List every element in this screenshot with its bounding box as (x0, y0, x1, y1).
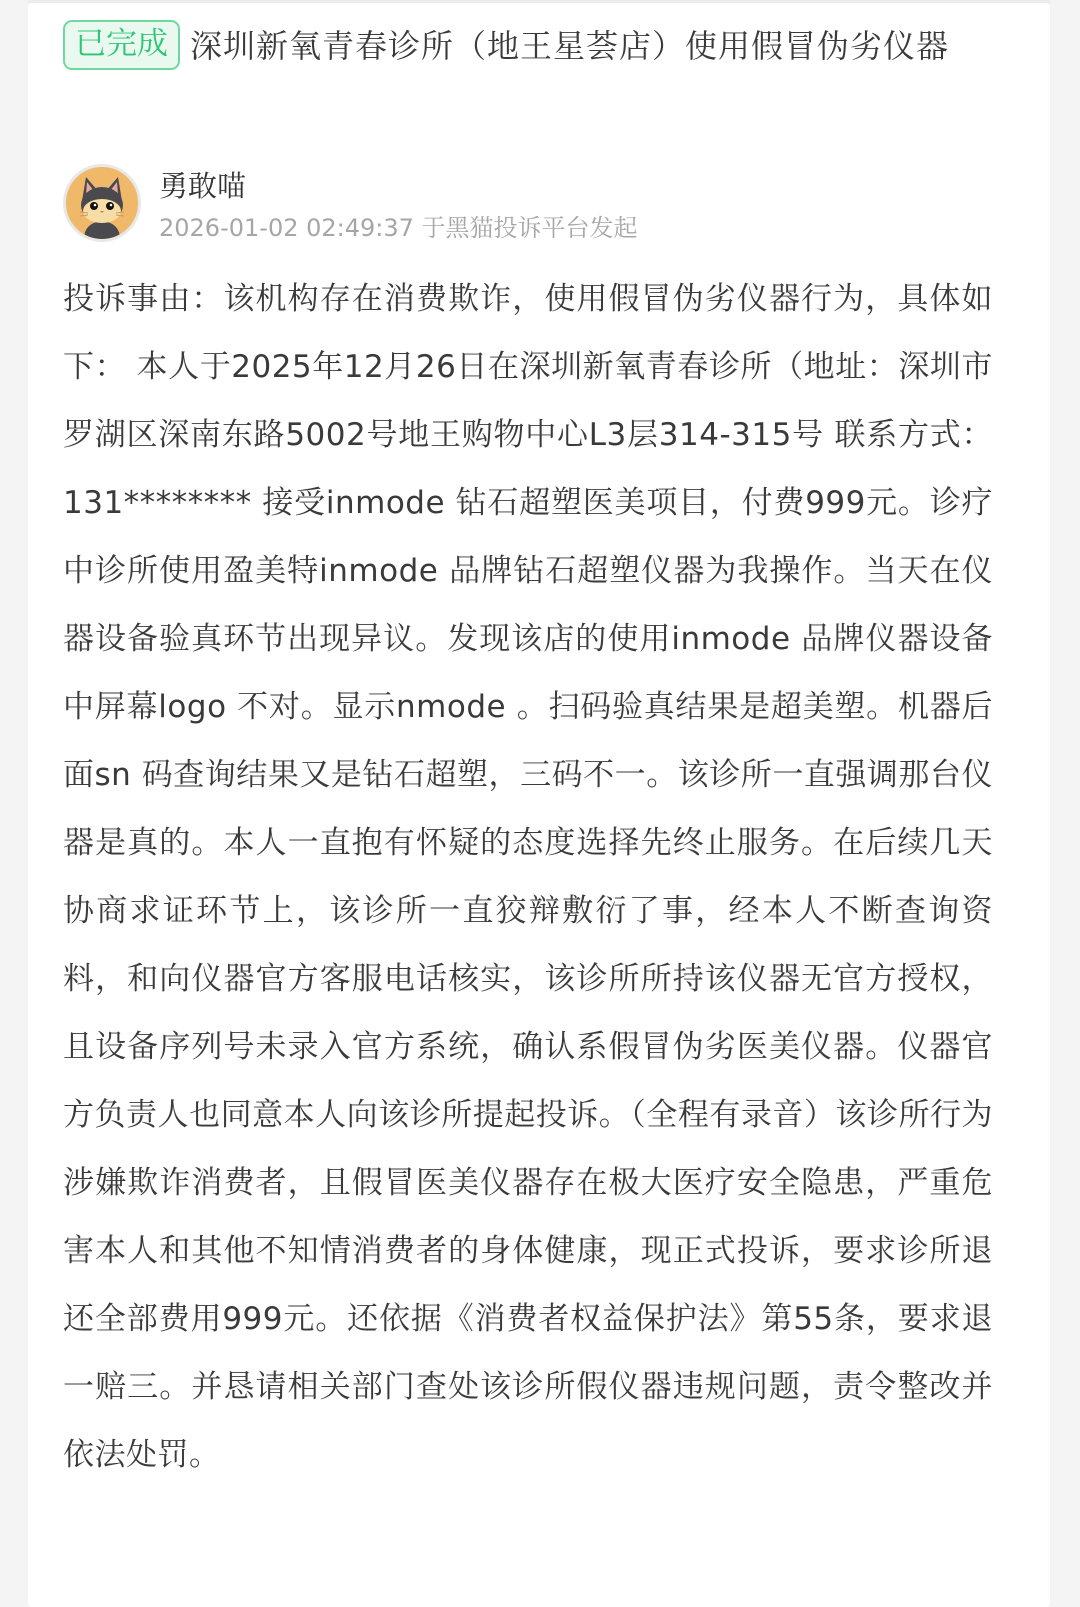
cat-avatar-icon (66, 167, 138, 239)
complaint-title-block: 已完成深圳新氧青春诊所（地王星荟店）使用假冒伪劣仪器 (63, 14, 1003, 78)
post-meta: 2026-01-02 02:49:37 于黑猫投诉平台发起 (159, 212, 638, 244)
author-info: 勇敢喵 2026-01-02 02:49:37 于黑猫投诉平台发起 (63, 164, 963, 244)
status-badge: 已完成 (63, 20, 180, 70)
author-name[interactable]: 勇敢喵 (159, 168, 246, 204)
complaint-body: 投诉事由：该机构存在消费欺诈，使用假冒伪劣仪器行为，具体如下： 本人于2025年… (63, 265, 993, 1489)
avatar[interactable] (63, 164, 141, 242)
complaint-title: 深圳新氧青春诊所（地王星荟店）使用假冒伪劣仪器 (190, 27, 949, 65)
